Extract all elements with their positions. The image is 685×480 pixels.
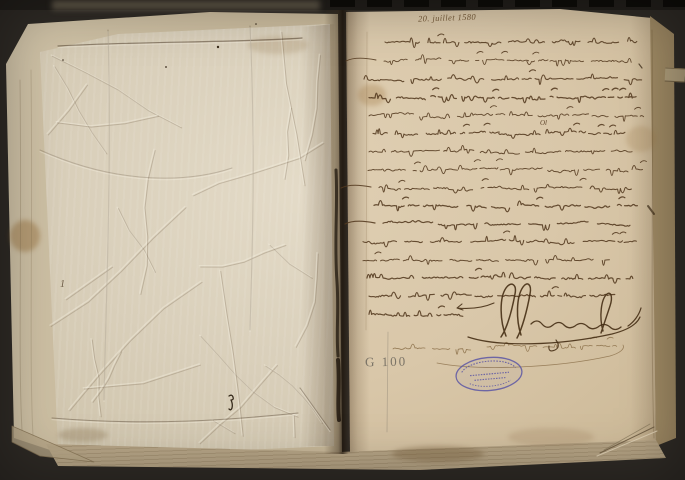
archival-photograph: 20. juillet 1580 Ol G 100 1: [0, 0, 685, 480]
interlinear-correction: Ol: [540, 119, 547, 127]
archive-call-number: G 100: [365, 354, 407, 371]
folio-number: 1: [60, 279, 65, 290]
ink-and-crease-overlay: [0, 0, 685, 480]
